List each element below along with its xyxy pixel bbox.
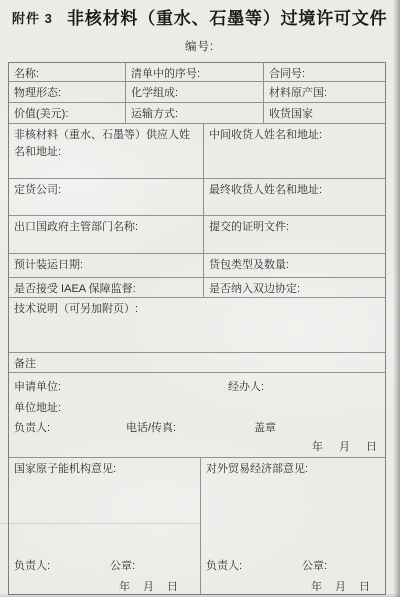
applicant-date-line: 年 月 日 xyxy=(312,439,377,456)
table-row: 技术说明（可另加附页）: xyxy=(9,298,385,353)
month-label: 月 xyxy=(143,579,154,594)
field-chemical-composition: 化学组成: xyxy=(126,82,264,102)
field-bilateral-agreement: 是否纳入双边协定: xyxy=(204,278,385,297)
responsible-person-label: 负责人: xyxy=(14,558,50,575)
attachment-label: 附件 3 xyxy=(12,8,53,27)
field-supplier-name-address: 非核材料（重水、石墨等）供应人姓名和地址: xyxy=(9,124,204,178)
unit-address-label: 单位地址: xyxy=(14,400,61,417)
date-line: 年 月 日 xyxy=(311,579,370,594)
table-row: 备注 xyxy=(9,353,385,373)
phone-fax-label: 电话/传真: xyxy=(126,420,176,437)
scanned-form-page: 附件 3 非核材料（重水、石墨等）过境许可文件 编号: 名称: 清单中的序号: … xyxy=(0,0,400,597)
year-label: 年 xyxy=(119,579,130,594)
table-row: 物理形态: 化学组成: 材料原产国: xyxy=(9,82,385,103)
day-label: 日 xyxy=(359,579,370,594)
form-title: 非核材料（重水、石墨等）过境许可文件 xyxy=(67,4,387,29)
field-ordering-company: 定货公司: xyxy=(9,179,204,215)
moftec-opinion-cell: 对外贸易经济部意见: 负责人: 公章: 年 月 日 xyxy=(201,458,385,594)
official-seal-label: 公章: xyxy=(110,558,135,575)
month-label: 月 xyxy=(335,579,346,594)
month-label: 月 xyxy=(339,439,350,456)
field-value-usd: 价值(美元): xyxy=(9,103,126,123)
date-line: 年 月 日 xyxy=(119,579,178,594)
field-package-type-quantity: 货包类型及数量: xyxy=(204,254,385,277)
field-estimated-shipping-date: 预计装运日期: xyxy=(9,254,204,277)
official-seal-label: 公章: xyxy=(302,558,327,575)
field-physical-form: 物理形态: xyxy=(9,82,126,102)
field-exporting-gov-authority: 出口国政府主管部门名称: xyxy=(9,216,204,253)
caea-opinion-label: 国家原子能机构意见: xyxy=(14,461,196,478)
field-list-seq-no: 清单中的序号: xyxy=(126,63,264,81)
scan-edge-right xyxy=(393,0,400,597)
table-row: 价值(美元): 运输方式: 收货国家 xyxy=(9,103,385,124)
applicant-block: 申请单位: 经办人: 单位地址: 负责人: 电话/传真: 盖章 年 月 日 xyxy=(9,373,385,457)
table-row: 预计装运日期: 货包类型及数量: xyxy=(9,254,385,278)
field-remarks: 备注 xyxy=(9,353,385,372)
table-row: 非核材料（重水、石墨等）供应人姓名和地址: 中间收货人姓名和地址: xyxy=(9,124,385,179)
field-name: 名称: xyxy=(9,63,126,81)
field-consignee-country: 收货国家 xyxy=(264,103,385,123)
moftec-opinion-label: 对外贸易经济部意见: xyxy=(206,461,381,478)
field-final-consignee: 最终收货人姓名和地址: xyxy=(204,179,385,215)
serial-number-label: 编号: xyxy=(185,38,214,54)
handler-label: 经办人: xyxy=(228,379,264,396)
field-intermediate-consignee: 中间收货人姓名和地址: xyxy=(204,124,385,178)
year-label: 年 xyxy=(312,439,323,456)
applicant-unit-label: 申请单位: xyxy=(14,379,61,396)
field-contract-no: 合同号: xyxy=(264,63,385,81)
responsible-person-label: 负责人: xyxy=(206,558,242,575)
field-material-origin-country: 材料原产国: xyxy=(264,82,385,102)
field-certification-documents: 提交的证明文件: xyxy=(204,216,385,253)
permit-form-table: 名称: 清单中的序号: 合同号: 物理形态: 化学组成: 材料原产国: 价值(美… xyxy=(8,62,386,595)
field-iaea-safeguards: 是否接受 IAEA 保障监督: xyxy=(9,278,204,297)
seal-label: 盖章 xyxy=(254,420,276,437)
year-label: 年 xyxy=(311,579,322,594)
applicant-block-row: 申请单位: 经办人: 单位地址: 负责人: 电话/传真: 盖章 年 月 日 xyxy=(9,373,385,458)
table-row: 名称: 清单中的序号: 合同号: xyxy=(9,63,385,82)
scan-edge-bottom xyxy=(0,593,400,597)
caea-opinion-cell: 国家原子能机构意见: 负责人: 公章: 年 月 日 xyxy=(9,458,201,594)
responsible-person-label: 负责人: xyxy=(14,420,50,437)
opinions-row: 国家原子能机构意见: 负责人: 公章: 年 月 日 对外贸易经济部意见: 负责人… xyxy=(9,458,385,594)
table-row: 是否接受 IAEA 保障监督: 是否纳入双边协定: xyxy=(9,278,385,298)
day-label: 日 xyxy=(366,439,377,456)
table-row: 出口国政府主管部门名称: 提交的证明文件: xyxy=(9,216,385,254)
field-technical-description: 技术说明（可另加附页）: xyxy=(9,298,385,352)
day-label: 日 xyxy=(167,579,178,594)
field-transport-mode: 运输方式: xyxy=(126,103,264,123)
table-row: 定货公司: 最终收货人姓名和地址: xyxy=(9,179,385,216)
paper-crease xyxy=(0,523,200,524)
